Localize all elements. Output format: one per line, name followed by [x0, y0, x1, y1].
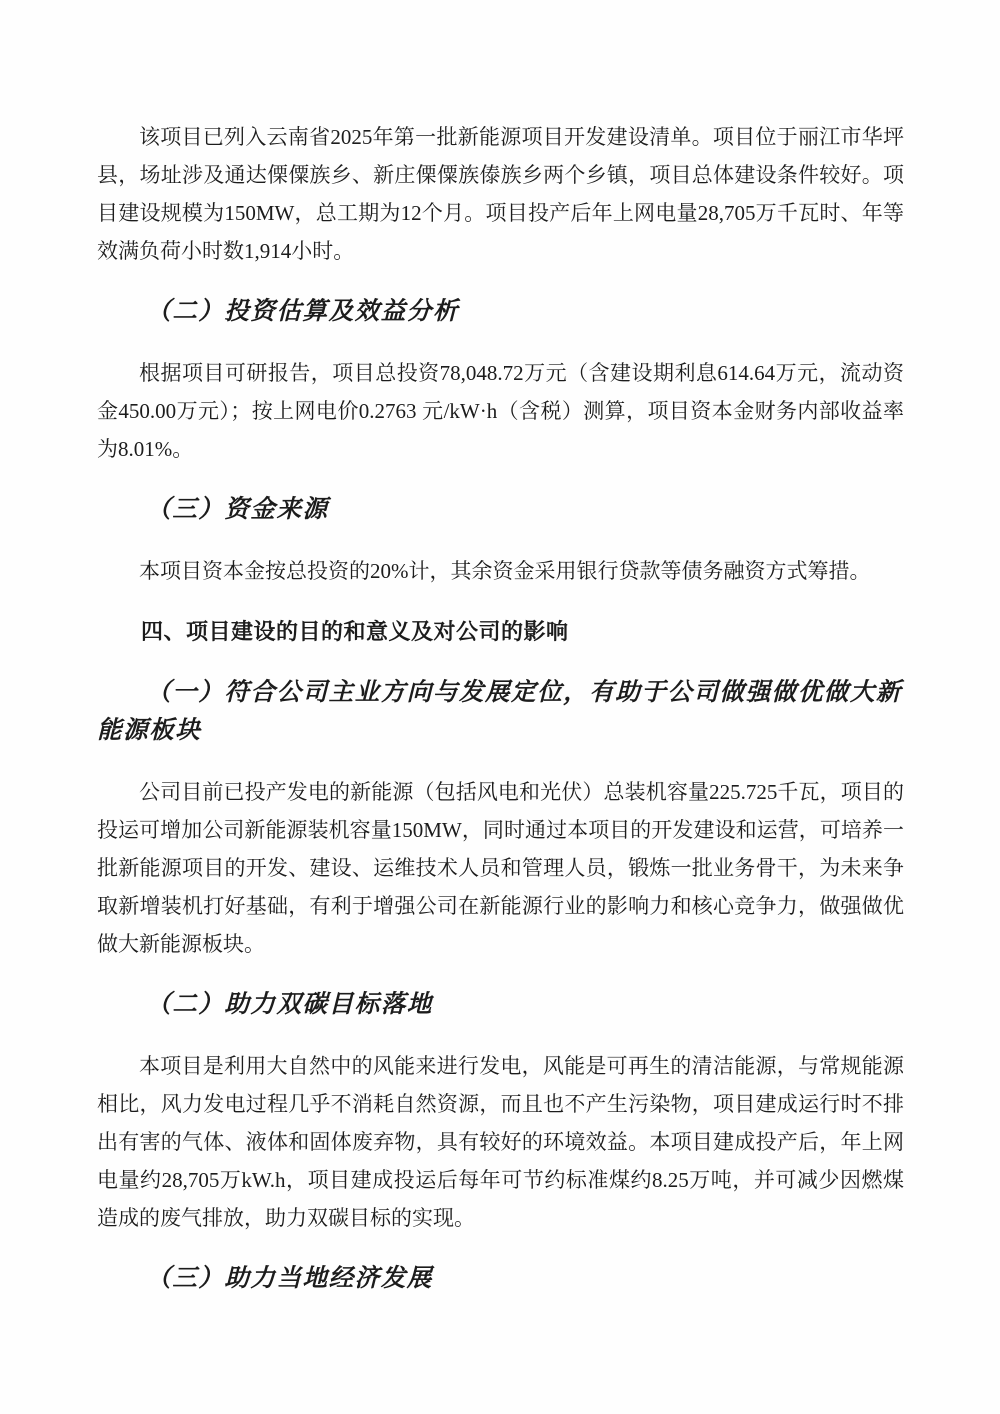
document-content: 该项目已列入云南省2025年第一批新能源项目开发建设清单。项目位于丽江市华坪县，…: [97, 118, 904, 1321]
paragraph-funding-detail: 本项目资本金按总投资的20%计，其余资金采用银行贷款等债务融资方式筹措。: [97, 552, 904, 590]
subheading-funding-source: （三）资金来源: [97, 491, 904, 529]
subheading-local-economy: （三）助力当地经济发展: [97, 1260, 904, 1298]
paragraph-dual-carbon-detail: 本项目是利用大自然中的风能来进行发电，风能是可再生的清洁能源，与常规能源相比，风…: [97, 1047, 904, 1237]
subheading-dual-carbon-goal: （二）助力双碳目标落地: [97, 986, 904, 1024]
paragraph-capacity-growth: 公司目前已投产发电的新能源（包括风电和光伏）总装机容量225.725千瓦，项目的…: [97, 773, 904, 963]
section-heading-purpose-significance: 四、项目建设的目的和意义及对公司的影响: [97, 613, 904, 651]
subheading-main-business-fit: （一）符合公司主业方向与发展定位，有助于公司做强做优做大新能源板块: [97, 674, 904, 750]
paragraph-project-listing: 该项目已列入云南省2025年第一批新能源项目开发建设清单。项目位于丽江市华坪县，…: [97, 118, 904, 270]
subheading-investment-estimate: （二）投资估算及效益分析: [97, 293, 904, 331]
document-page: 该项目已列入云南省2025年第一批新能源项目开发建设清单。项目位于丽江市华坪县，…: [0, 0, 1000, 1414]
paragraph-investment-detail: 根据项目可研报告，项目总投资78,048.72万元（含建设期利息614.64万元…: [97, 354, 904, 468]
